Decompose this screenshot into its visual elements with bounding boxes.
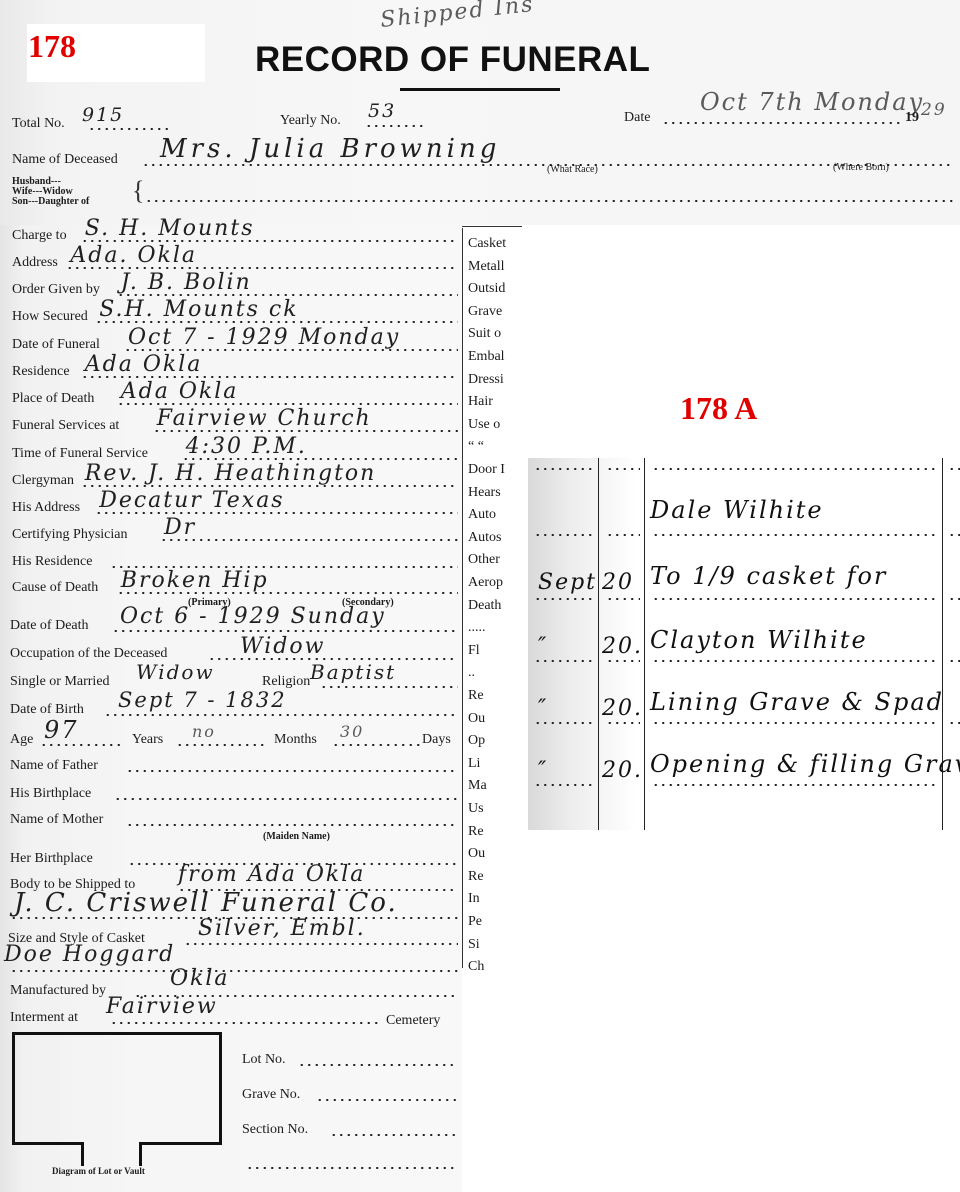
age-years-line (40, 744, 122, 746)
side-column-label: Aerop (468, 575, 518, 591)
age-days-value: 30 (340, 722, 364, 741)
field-value: S. H. Mounts (85, 216, 255, 241)
mother-line (126, 824, 458, 826)
field-value: S.H. Mounts ck (99, 297, 298, 322)
total-no-value: 915 (82, 104, 124, 126)
side-column-label: .. (468, 665, 518, 681)
field-label: Charge to (12, 228, 67, 244)
ledger-divider-2 (644, 458, 645, 830)
field-label: Residence (12, 364, 70, 380)
what-race-label: (What Race) (547, 164, 598, 175)
date-year-value: 29 (921, 100, 947, 120)
total-no-label: Total No. (12, 116, 65, 132)
field-value: Ada Okla (121, 379, 239, 404)
months-label: Months (274, 732, 317, 748)
manufactured-value: Okla (170, 966, 230, 991)
diagram-edge-right (139, 1142, 219, 1145)
date-year-prefix: 19 (905, 110, 919, 126)
field-label: How Secured (12, 309, 88, 325)
side-column-label: Ma (468, 778, 518, 794)
ledger-entry: Clayton Wilhite (650, 626, 868, 654)
his-birthplace-line (114, 798, 458, 800)
field-label: His Address (12, 500, 80, 516)
date-of-birth-value: Sept 7 - 1832 (118, 688, 287, 712)
yearly-no-value: 53 (368, 100, 396, 122)
field-label: Cause of Death (12, 580, 98, 596)
age-days-line (332, 744, 420, 746)
relation-label-son: Son---Daughter of (12, 196, 89, 207)
ledger-dots-month (534, 534, 594, 536)
age-months-line (176, 744, 268, 746)
shipped-value-2: J. C. Criswell Funeral Co. (14, 888, 398, 918)
ledger-month: ″ (538, 696, 548, 721)
diagram-edge-left (12, 1142, 84, 1145)
ledger-entry: To 1/9 casket for (650, 562, 887, 590)
date-of-birth-line (104, 714, 458, 716)
field-value: J. B. Bolin (121, 270, 252, 295)
ledger-dots-month (534, 468, 594, 470)
side-column-label: Si (468, 937, 518, 953)
side-column-label: Re (468, 688, 518, 704)
ledger-dots-day (606, 722, 640, 724)
ledger-dots-month (534, 598, 594, 600)
ledger-day: 20 (602, 570, 634, 595)
date-value: Oct 7th Monday (700, 88, 924, 116)
ledger-dots-month (534, 660, 594, 662)
religion-line (320, 686, 458, 688)
mother-label: Name of Mother (10, 812, 103, 828)
side-column-label: Hears (468, 485, 518, 501)
total-no-line (88, 128, 173, 130)
interment-line (110, 1022, 382, 1024)
ledger-dots-day (606, 598, 640, 600)
field-label: His Residence (12, 554, 92, 570)
section-no-label: Section No. (242, 1122, 308, 1138)
interment-value: Fairview (106, 994, 218, 1019)
ledger-dots-amount (948, 534, 960, 536)
field-value: Decatur Texas (99, 488, 284, 513)
years-label: Years (132, 732, 163, 748)
date-of-death-value: Oct 6 - 1929 Sunday (120, 604, 386, 629)
cemetery-label: Cemetery (386, 1013, 440, 1029)
side-column-label: Casket (468, 236, 518, 252)
attachment-number: 178 A (680, 390, 757, 427)
side-column-label: Suit o (468, 326, 518, 342)
field-line (160, 539, 458, 541)
her-birthplace-label: Her Birthplace (10, 851, 93, 867)
ledger-dots-entry (652, 598, 938, 600)
side-column-label: Fl (468, 643, 518, 659)
relation-brace: { (132, 176, 144, 206)
lot-diagram-box (12, 1032, 222, 1145)
casket-line (184, 943, 458, 945)
lot-no-label: Lot No. (242, 1052, 286, 1068)
side-column-label: In (468, 891, 518, 907)
field-label: Funeral Services at (12, 418, 119, 434)
where-born-label: (Where Born) (833, 162, 889, 173)
ledger-dots-entry (652, 534, 938, 536)
ledger-month: Sept (538, 570, 597, 595)
ledger-dots-entry (652, 468, 938, 470)
ledger-day: 20. (602, 634, 643, 659)
manufactured-label: Manufactured by (10, 983, 106, 999)
field-label: Date of Funeral (12, 337, 100, 353)
side-column-label: Door I (468, 462, 518, 478)
side-column-label: Pe (468, 914, 518, 930)
age-years-value: 97 (44, 716, 79, 744)
ledger-day: 20. (602, 758, 643, 783)
record-number: 178 (28, 28, 76, 65)
ledger-dots-amount (948, 722, 960, 724)
religion-value: Baptist (310, 660, 396, 684)
field-label: Address (12, 255, 58, 271)
side-column-label: Ou (468, 846, 518, 862)
ledger-dots-final (652, 784, 938, 786)
ledger-dots-day (606, 468, 640, 470)
age-months-value: no (192, 722, 216, 741)
yearly-no-line (365, 125, 425, 127)
ledger-dots-entry (652, 722, 938, 724)
field-label: Time of Funeral Service (12, 446, 148, 462)
field-label: Certifying Physician (12, 527, 128, 543)
grave-no-line (316, 1099, 458, 1101)
section-no-line (330, 1134, 458, 1136)
ledger-dots-amount (948, 468, 960, 470)
field-value: Rev. J. H. Heathington (85, 461, 377, 486)
father-label: Name of Father (10, 758, 98, 774)
lot-no-line (298, 1064, 458, 1066)
title-underline (400, 88, 560, 91)
page-title: RECORD OF FUNERAL (255, 40, 650, 80)
grave-no-label: Grave No. (242, 1087, 300, 1103)
side-column-label: Metall (468, 259, 518, 275)
diagram-leg-right (139, 1142, 142, 1166)
side-column-label: Autos (468, 530, 518, 546)
side-column-label: Hair (468, 394, 518, 410)
father-line (126, 770, 458, 772)
side-column-label: Use o (468, 417, 518, 433)
yearly-no-label: Yearly No. (280, 113, 341, 129)
single-married-value: Widow (136, 660, 215, 684)
extra-line (246, 1167, 458, 1169)
side-column-label: Death (468, 598, 518, 614)
side-column-label: Ch (468, 959, 518, 975)
field-value: Ada. Okla (70, 243, 197, 268)
side-column-label: Grave (468, 304, 518, 320)
ledger-dots-day (606, 534, 640, 536)
relation-line (145, 200, 955, 202)
ledger-dots-amount (948, 660, 960, 662)
side-column-divider (462, 228, 463, 968)
side-column-label: Li (468, 756, 518, 772)
side-column-label: Re (468, 824, 518, 840)
ledger-dots-month (534, 722, 594, 724)
side-column-label: Auto (468, 507, 518, 523)
side-column-top (462, 226, 522, 227)
ledger-entry: Opening & filling Grave (650, 750, 960, 778)
ledger-month: ″ (538, 758, 548, 783)
side-column-label: Re (468, 869, 518, 885)
field-value: Broken Hip (121, 568, 269, 593)
casket-line-2 (10, 970, 458, 972)
his-birthplace-label: His Birthplace (10, 786, 91, 802)
date-of-death-line (112, 630, 458, 632)
days-label: Days (422, 732, 451, 748)
field-label: Place of Death (12, 391, 94, 407)
side-column-label: Ou (468, 711, 518, 727)
field-value: Ada Okla (85, 352, 203, 377)
side-column-label: ..... (468, 620, 518, 636)
ledger-dots-final-month (534, 784, 594, 786)
ledger-divider-1 (598, 458, 599, 830)
field-value: 4:30 P.M. (186, 434, 307, 459)
side-column-label: Dressi (468, 372, 518, 388)
field-label: Order Given by (12, 282, 100, 298)
field-value: Dr (164, 515, 196, 540)
ledger-entry: Dale Wilhite (650, 496, 824, 524)
side-column-label: Op (468, 733, 518, 749)
ledger-dots-amount (948, 598, 960, 600)
ledger-dots-entry (652, 660, 938, 662)
field-value: Oct 7 - 1929 Monday (128, 325, 400, 350)
ledger-month: ″ (538, 634, 548, 659)
single-married-label: Single or Married (10, 674, 110, 690)
age-label: Age (10, 732, 33, 748)
field-value: Fairview Church (157, 406, 372, 431)
side-column-label: Outsid (468, 281, 518, 297)
casket-value: Silver, Embl. (198, 916, 366, 941)
side-column-label: Embal (468, 349, 518, 365)
maiden-name-label: (Maiden Name) (263, 831, 330, 842)
date-of-death-label: Date of Death (10, 618, 89, 634)
side-column-label: Other (468, 552, 518, 568)
shipped-value: from Ada Okla (178, 862, 365, 887)
diagram-label: Diagram of Lot or Vault (52, 1166, 145, 1176)
date-line (662, 122, 902, 124)
diagram-leg-left (81, 1142, 84, 1166)
ledger-day: 20. (602, 696, 643, 721)
name-of-deceased-label: Name of Deceased (12, 152, 118, 168)
side-column-label: “ “ (468, 439, 518, 455)
name-of-deceased-value: Mrs. Julia Browning (160, 134, 500, 164)
side-column-label: Us (468, 801, 518, 817)
ledger-dots-day (606, 660, 640, 662)
casket-value-2: Doe Hoggard (4, 942, 175, 967)
date-label: Date (624, 110, 650, 126)
ledger-excerpt: Dale WilhiteSept20To 1/9 casket for″20.C… (528, 458, 960, 830)
ledger-entry: Lining Grave & Spad (650, 688, 944, 716)
field-label: Clergyman (12, 473, 74, 489)
interment-label: Interment at (10, 1010, 78, 1026)
occupation-value: Widow (240, 634, 325, 659)
